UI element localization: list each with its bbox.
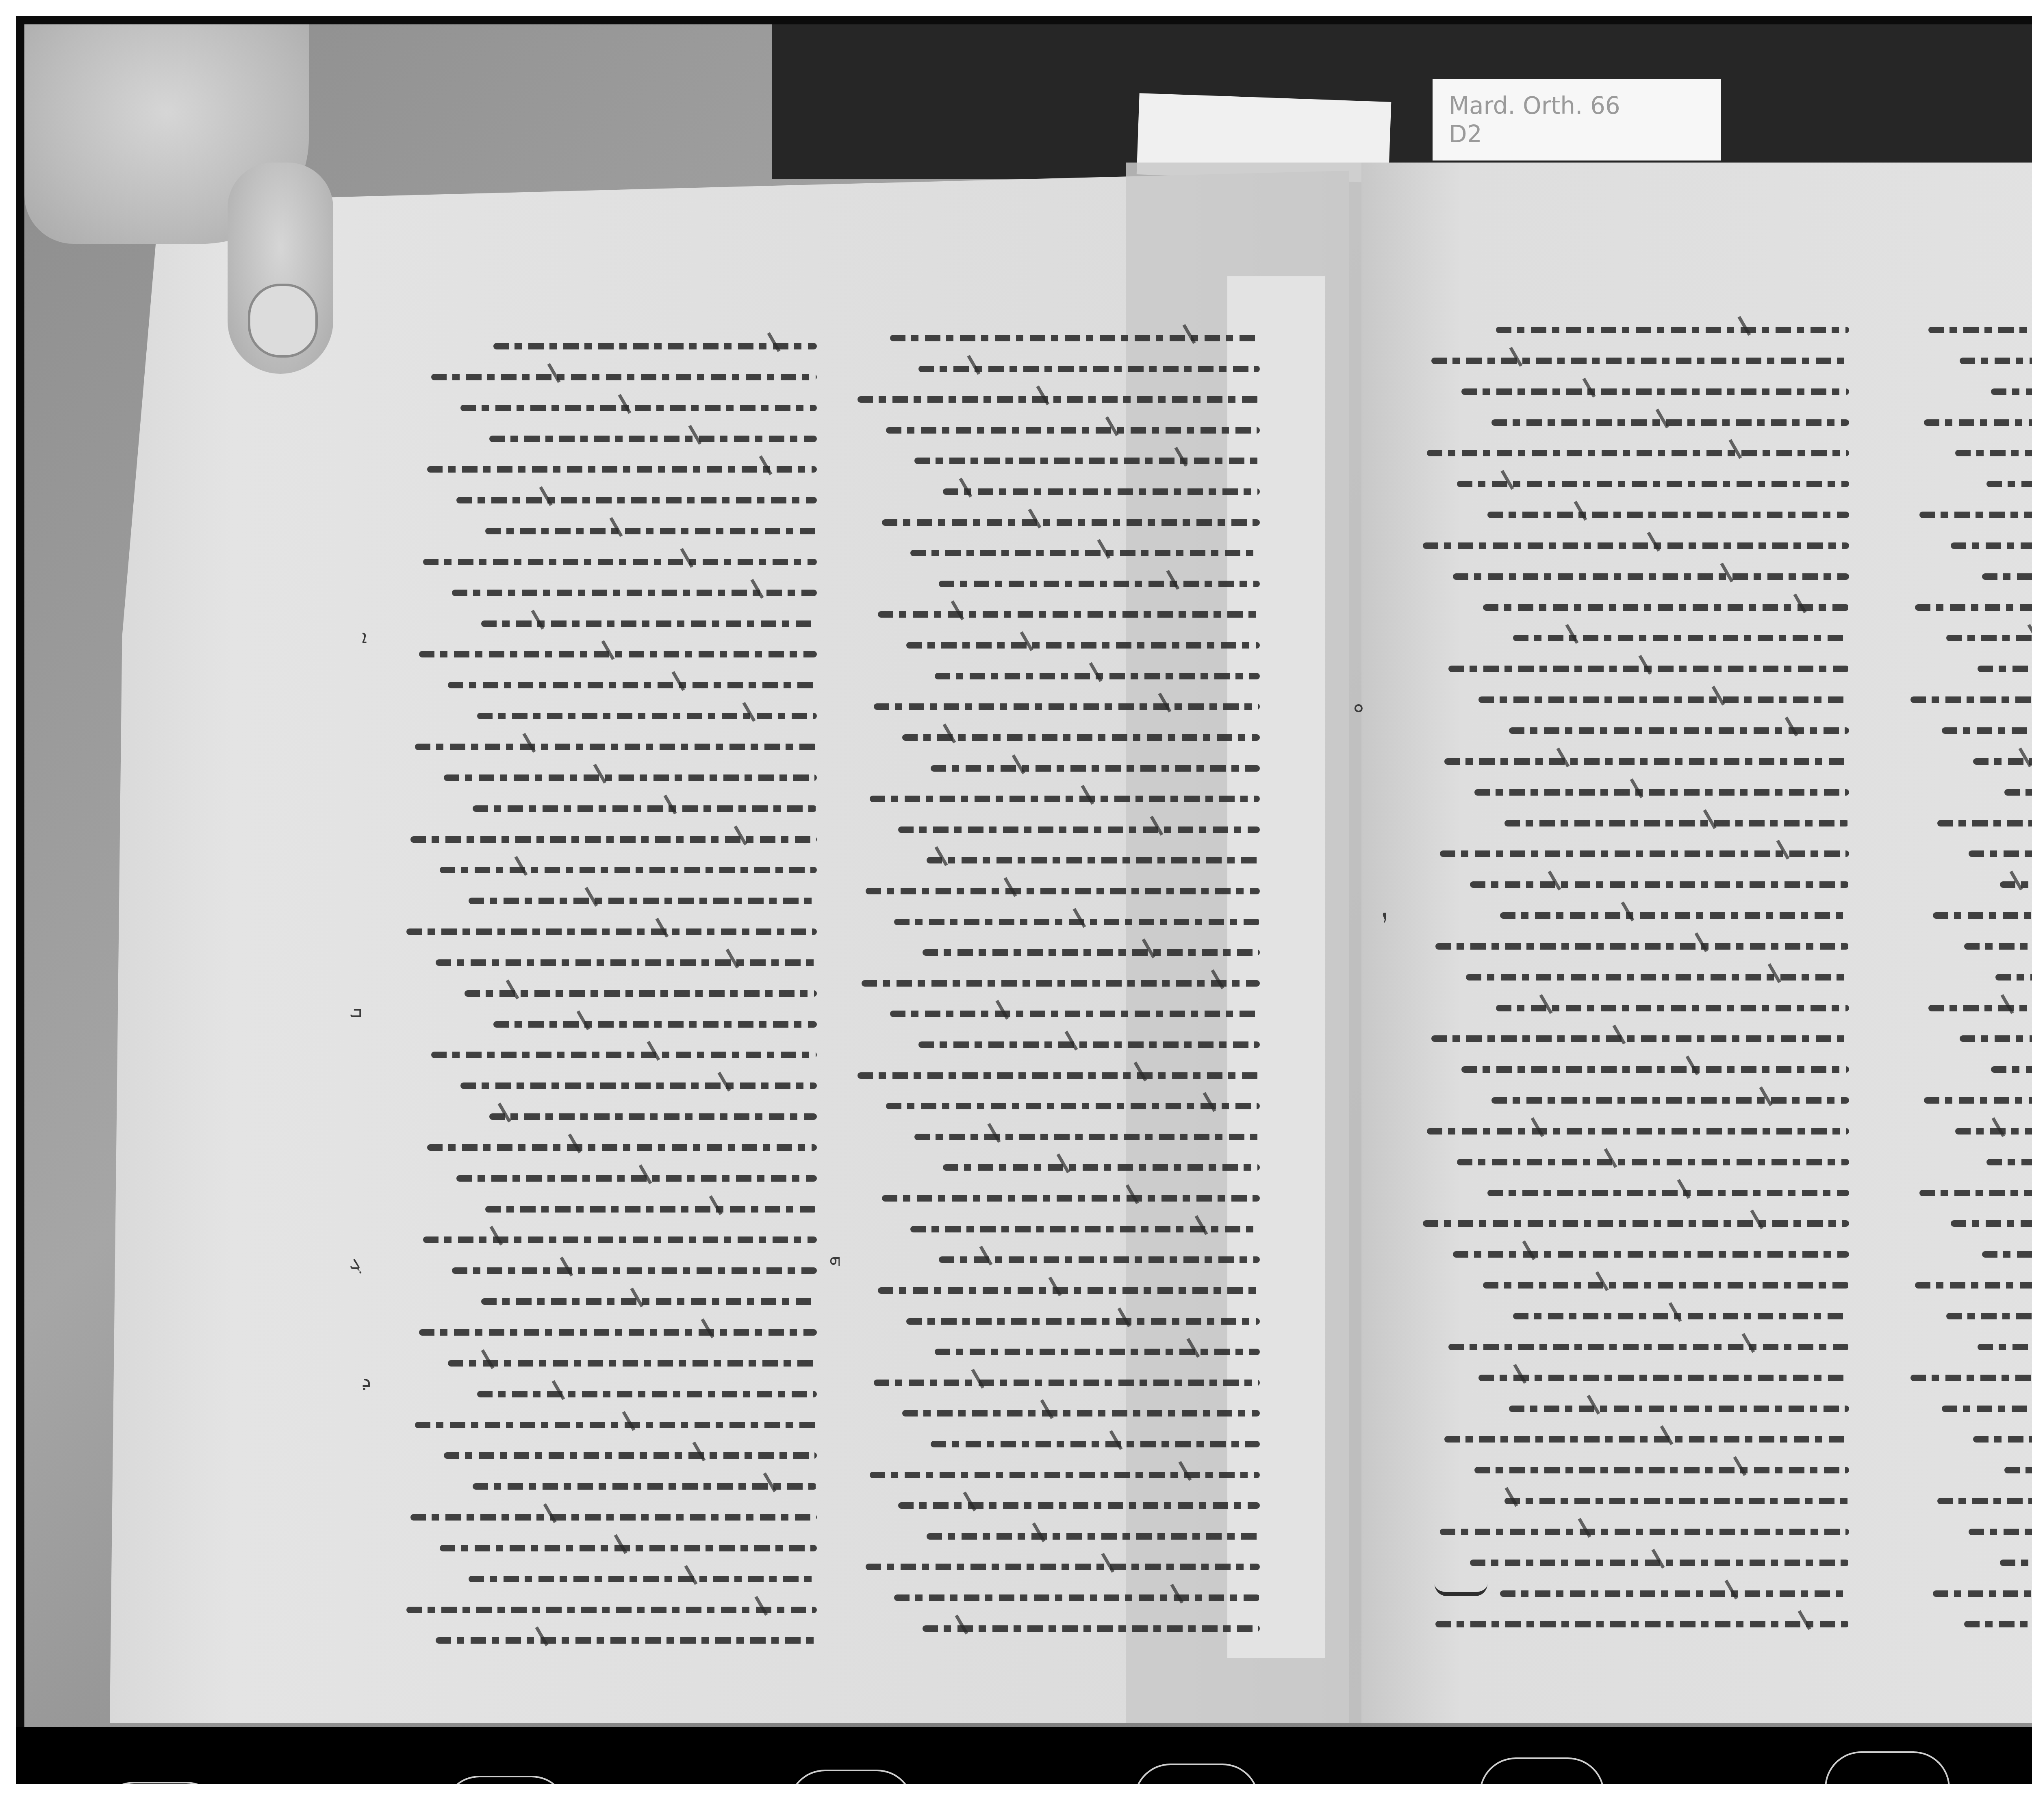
script-line: [1906, 568, 2032, 586]
script-line: [853, 1067, 1260, 1085]
script-line: [1418, 1061, 1849, 1078]
script-line: [402, 1601, 817, 1619]
script-line: [1906, 814, 2032, 832]
script-line: [402, 368, 817, 386]
script-line: [1906, 629, 2032, 647]
script-line: [1418, 1276, 1849, 1294]
script-line: [1418, 783, 1849, 801]
script-line: [402, 584, 817, 602]
script-line: [1906, 1615, 2032, 1633]
script-line: [1418, 1338, 1849, 1356]
script-line: [1418, 1091, 1849, 1109]
script-line: [1906, 599, 2032, 616]
script-line: [853, 913, 1260, 931]
margin-annotation: ܕ: [362, 1369, 371, 1392]
left-thumb: [228, 163, 333, 374]
open-manuscript: ܐ ܒ ܓ ܕ ܗ ܘ ܙ 2 ܚ ܛ: [110, 146, 2032, 1731]
script-line: [853, 514, 1260, 531]
script-line: [1906, 660, 2032, 678]
scan-margin: [0, 1784, 2032, 1820]
script-line: [402, 1385, 817, 1403]
script-line: [402, 1200, 817, 1218]
script-line: [853, 636, 1260, 654]
script-line: [1906, 1523, 2032, 1541]
script-line: [402, 399, 817, 417]
thumbnail: [248, 284, 318, 358]
script-line: [853, 882, 1260, 900]
script-line: [1418, 999, 1849, 1017]
script-line: [402, 1416, 817, 1434]
script-line: [1906, 1153, 2032, 1171]
script-line: [402, 1108, 817, 1126]
script-line: [853, 1312, 1260, 1330]
script-line: [1418, 1492, 1849, 1510]
script-line: [1906, 1461, 2032, 1479]
right-page-outer-column: [1906, 321, 2032, 1633]
script-line: [1906, 968, 2032, 986]
script-line: [853, 944, 1260, 961]
margin-annotation: ܘ: [1353, 695, 1364, 718]
script-line: [853, 329, 1260, 347]
script-line: [1906, 1030, 2032, 1048]
script-line: [402, 831, 817, 848]
script-line: [1418, 753, 1849, 770]
script-line: [402, 1631, 817, 1649]
script-line: [402, 1508, 817, 1526]
script-line: [402, 769, 817, 787]
script-line: [853, 1404, 1260, 1422]
script-line: [1418, 1430, 1849, 1448]
script-line: [1906, 1061, 2032, 1078]
script-line: [853, 483, 1260, 501]
script-line: [402, 1015, 817, 1033]
script-line: [402, 738, 817, 756]
script-line: [1418, 1122, 1849, 1140]
script-line: [1906, 1400, 2032, 1418]
script-line: [402, 861, 817, 879]
script-line: [1418, 722, 1849, 740]
script-line: [1906, 352, 2032, 370]
script-line: [1418, 691, 1849, 709]
right-page-inner-column: [1418, 321, 1849, 1633]
script-line: [402, 1046, 817, 1064]
script-line: [853, 1158, 1260, 1176]
script-line: [853, 421, 1260, 439]
script-line: [853, 544, 1260, 562]
script-line: [402, 615, 817, 633]
script-line: [853, 1128, 1260, 1146]
left-page-inner-column: [853, 329, 1260, 1638]
script-line: [1906, 1307, 2032, 1325]
script-line: [1906, 1430, 2032, 1448]
script-line: [853, 821, 1260, 839]
shelfmark-line-2: D2: [1449, 120, 1705, 148]
script-line: [1906, 691, 2032, 709]
script-line: [402, 707, 817, 725]
script-line: [1418, 1153, 1849, 1171]
margin-annotation: ܗ: [829, 1247, 841, 1270]
script-line: [853, 1374, 1260, 1392]
script-line: [1418, 1523, 1849, 1541]
script-line: [1906, 753, 2032, 770]
script-line: [853, 1343, 1260, 1361]
script-line: [1418, 537, 1849, 555]
script-line: [853, 360, 1260, 378]
script-line: [1418, 568, 1849, 586]
script-line: [853, 605, 1260, 623]
script-line: [402, 553, 817, 571]
script-line: [1418, 937, 1849, 955]
script-line: [402, 1231, 817, 1249]
margin-annotation: ܒ: [350, 1000, 362, 1022]
script-line: [853, 1005, 1260, 1023]
script-line: [853, 729, 1260, 746]
script-line: [1418, 1369, 1849, 1387]
script-line: [402, 923, 817, 941]
script-line: [1906, 722, 2032, 740]
script-line: [853, 575, 1260, 593]
script-line: [1418, 1184, 1849, 1202]
script-line: [853, 1097, 1260, 1115]
script-line: [853, 698, 1260, 716]
script-line: [853, 851, 1260, 869]
script-line: [1906, 1585, 2032, 1603]
script-line: [1418, 907, 1849, 924]
script-line: [1418, 814, 1849, 832]
script-line: [853, 1620, 1260, 1638]
script-line: [1418, 1245, 1849, 1263]
script-line: [402, 1323, 817, 1341]
script-line: [1906, 1245, 2032, 1263]
script-line: [402, 1570, 817, 1588]
script-line: [853, 1497, 1260, 1514]
script-line: [402, 954, 817, 972]
script-line: [1906, 1338, 2032, 1356]
script-line: [853, 759, 1260, 777]
script-line: [402, 522, 817, 540]
script-line: [853, 390, 1260, 408]
script-line: [1906, 1369, 2032, 1387]
script-line: [1906, 1276, 2032, 1294]
script-line: [1418, 506, 1849, 524]
script-line: [1906, 506, 2032, 524]
script-line: [1906, 321, 2032, 339]
script-line: [1906, 783, 2032, 801]
script-line: [402, 1539, 817, 1557]
script-line: [1418, 321, 1849, 339]
script-line: [1418, 968, 1849, 986]
script-line: [1906, 475, 2032, 493]
script-line: [1418, 1554, 1849, 1572]
script-line: [1418, 845, 1849, 863]
script-line: [853, 1220, 1260, 1238]
script-line: [1418, 1030, 1849, 1048]
script-line: [1418, 444, 1849, 462]
script-line: [1906, 1122, 2032, 1140]
script-line: [402, 430, 817, 448]
script-line: [1906, 845, 2032, 863]
left-page-outer-column: [402, 337, 817, 1650]
script-line: [1906, 937, 2032, 955]
script-line: [402, 1169, 817, 1187]
script-line: [402, 800, 817, 818]
script-line: [1906, 444, 2032, 462]
script-line: [402, 1447, 817, 1464]
script-line: [402, 1262, 817, 1280]
script-line: [853, 1527, 1260, 1545]
script-line: [853, 790, 1260, 808]
script-line: [402, 1139, 817, 1156]
script-line: [1418, 1615, 1849, 1633]
script-line: [1906, 1554, 2032, 1572]
script-line: [1906, 907, 2032, 924]
script-line: [1418, 352, 1849, 370]
script-line: [1906, 414, 2032, 432]
script-line: [853, 452, 1260, 470]
script-line: [1418, 1215, 1849, 1232]
script-line: [853, 1251, 1260, 1269]
script-line: [1906, 999, 2032, 1017]
script-line: [1418, 475, 1849, 493]
script-line: [853, 1036, 1260, 1054]
shelfmark-line-1: Mard. Orth. 66: [1449, 91, 1705, 120]
script-line: [1418, 383, 1849, 401]
script-line: [853, 974, 1260, 992]
script-line: [1906, 383, 2032, 401]
script-line: [402, 1477, 817, 1495]
script-line: [402, 460, 817, 478]
script-line: [1418, 414, 1849, 432]
script-line: [853, 667, 1260, 685]
script-line: [402, 645, 817, 663]
catchword: [1435, 1577, 1487, 1596]
margin-annotation: ܓ: [350, 1252, 362, 1274]
script-line: [1418, 1307, 1849, 1325]
script-line: [1418, 660, 1849, 678]
script-line: [1906, 876, 2032, 894]
script-line: [1906, 1215, 2032, 1232]
script-line: [402, 491, 817, 509]
script-line: [853, 1589, 1260, 1607]
margin-annotation: ܐ: [362, 626, 367, 649]
script-line: [1906, 1492, 2032, 1510]
script-line: [1418, 1461, 1849, 1479]
script-line: [853, 1282, 1260, 1299]
script-line: [402, 892, 817, 910]
script-line: [1906, 1091, 2032, 1109]
script-line: [402, 1354, 817, 1372]
script-line: [1418, 1400, 1849, 1418]
script-line: [402, 1077, 817, 1095]
script-line: [402, 1293, 817, 1310]
script-line: [1906, 537, 2032, 555]
script-line: [402, 985, 817, 1002]
script-line: [402, 337, 817, 355]
script-line: [1418, 629, 1849, 647]
script-line: [853, 1189, 1260, 1207]
script-line: [853, 1558, 1260, 1576]
script-line: [853, 1435, 1260, 1453]
margin-annotation: ܙ: [1382, 902, 1387, 925]
script-line: [1418, 599, 1849, 616]
script-line: [853, 1466, 1260, 1484]
script-line: [1906, 1184, 2032, 1202]
script-line: [402, 676, 817, 694]
script-line: [1418, 876, 1849, 894]
